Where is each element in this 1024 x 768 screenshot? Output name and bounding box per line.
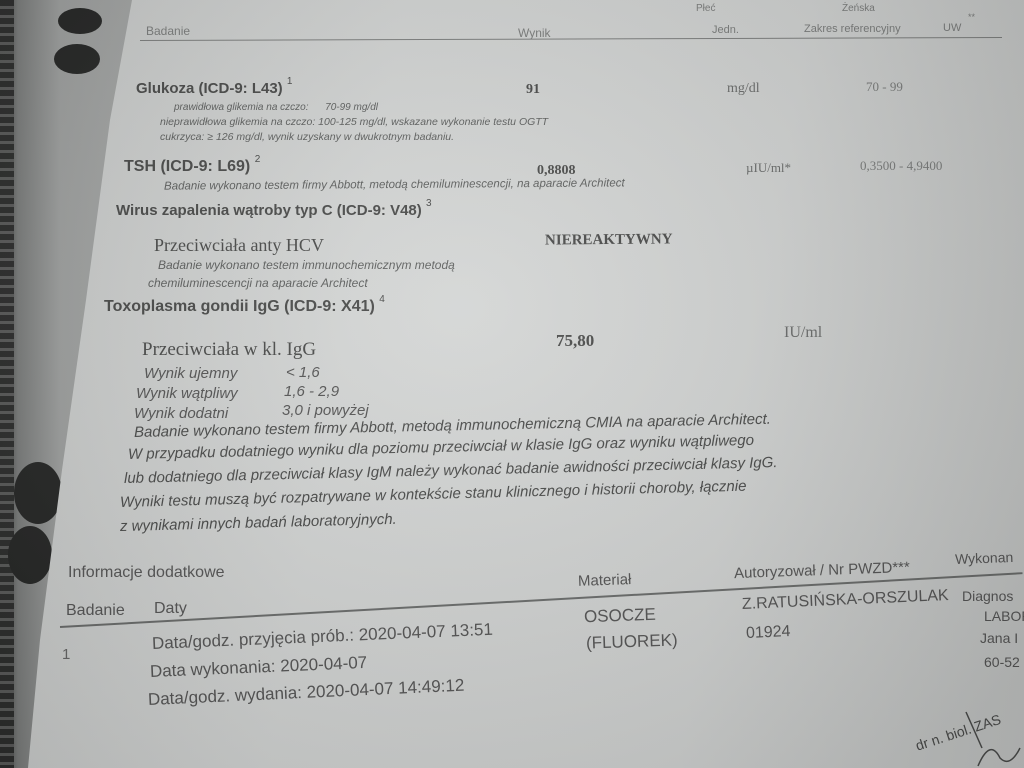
- column-performed: Wykonan: [955, 549, 1014, 567]
- glucose-note: prawidłowa glikemia na czczo: 70-99 mg/d…: [174, 102, 378, 113]
- result-tsh: 0,8808: [537, 163, 576, 179]
- interpretation-label: Wynik dodatni: [134, 405, 228, 422]
- footnote-number: 4: [379, 294, 385, 305]
- column-uw: UW: [943, 22, 961, 34]
- sex-label: Płeć: [696, 3, 715, 14]
- hcv-note: chemiluminescencji na aparacie Architect: [148, 276, 368, 290]
- glucose-note: nieprawidłowa glikemia na czczo: 100-125…: [160, 116, 548, 128]
- column-unit: Jedn.: [712, 24, 739, 36]
- additional-info-title: Informacje dodatkowe: [68, 564, 225, 582]
- column-uw-mark: **: [968, 12, 975, 22]
- interpretation-value: 3,0 i powyżej: [282, 402, 369, 419]
- unit-tsh: µIU/ml*: [746, 160, 791, 176]
- unit-glucose: mg/dl: [727, 81, 760, 97]
- column-material: Materiał: [578, 571, 632, 590]
- interpretation-label: Wynik ujemny: [144, 365, 237, 382]
- row-index: 1: [62, 646, 70, 663]
- range-glucose: 70 - 99: [866, 79, 903, 95]
- lab-line3: Jana I: [980, 630, 1018, 646]
- result-toxo: 75,80: [556, 331, 594, 351]
- interpretation-value: 1,6 - 2,9: [284, 383, 339, 400]
- sex-value: Żeńska: [842, 3, 875, 14]
- test-name-glucose: Glukoza (ICD-9: L43) 1: [136, 80, 292, 97]
- interpretation-value: < 1,6: [286, 364, 320, 381]
- test-name-tsh: TSH (ICD-9: L69) 2: [124, 158, 260, 176]
- toxo-note: z wynikami innych badań laboratoryjnych.: [120, 511, 397, 535]
- test-name-text: TSH (ICD-9: L69): [124, 158, 250, 175]
- binder-edge: [0, 0, 14, 768]
- lab-line4: 60-52: [984, 654, 1020, 670]
- authorizer-pwzd: 01924: [746, 623, 791, 643]
- material-line2: (FLUOREK): [586, 630, 678, 653]
- date-performed: Data wykonania: 2020-04-07: [150, 653, 368, 682]
- material-line1: OSOCZE: [584, 605, 656, 627]
- date-received: Data/godz. przyjęcia prób.: 2020-04-07 1…: [152, 620, 494, 654]
- subtest-hcv: Przeciwciała anty HCV: [154, 235, 324, 256]
- punch-hole: [8, 526, 52, 584]
- authorizer-name: Z.RATUSIŃSKA-ORSZULAK: [742, 587, 949, 614]
- subtest-toxo: Przeciwciała w kl. IgG: [142, 339, 316, 361]
- column-authorized: Autoryzował / Nr PWZD***: [734, 559, 910, 582]
- glucose-note: cukrzyca: ≥ 126 mg/dl, wynik uzyskany w …: [160, 131, 454, 143]
- punch-hole: [54, 44, 100, 74]
- punch-hole: [14, 462, 62, 524]
- column-test: Badanie: [146, 24, 190, 38]
- test-name-text: Toxoplasma gondii IgG (ICD-9: X41): [104, 298, 375, 315]
- signature-scribble-icon: [960, 708, 1024, 768]
- lab-result-sheet: Płeć Żeńska Badanie Wynik Jedn. Zakres r…: [0, 0, 1024, 768]
- footnote-number: 2: [255, 154, 261, 165]
- tsh-note: Badanie wykonano testem firmy Abbott, me…: [164, 177, 625, 192]
- test-name-toxo: Toxoplasma gondii IgG (ICD-9: X41) 4: [104, 298, 385, 316]
- range-tsh: 0,3500 - 4,9400: [860, 158, 942, 174]
- footnote-number: 1: [287, 76, 293, 87]
- result-glucose: 91: [526, 82, 540, 98]
- test-name-hcv: Wirus zapalenia wątroby typ C (ICD-9: V4…: [116, 202, 432, 219]
- footnote-number: 3: [426, 198, 432, 209]
- column-test-footer: Badanie: [66, 602, 125, 620]
- test-name-text: Glukoza (ICD-9: L43): [136, 80, 283, 97]
- test-name-text: Wirus zapalenia wątroby typ C (ICD-9: V4…: [116, 202, 422, 219]
- lab-line1: Diagnos: [962, 588, 1013, 604]
- unit-toxo: IU/ml: [784, 324, 822, 342]
- result-hcv: NIEREAKTYWNY: [545, 231, 673, 249]
- header-rule: [140, 37, 1002, 41]
- punch-hole: [58, 8, 102, 34]
- column-dates: Daty: [154, 600, 187, 618]
- date-issued: Data/godz. wydania: 2020-04-07 14:49:12: [148, 676, 465, 710]
- hcv-note: Badanie wykonano testem immunochemicznym…: [158, 258, 455, 272]
- interpretation-label: Wynik wątpliwy: [136, 385, 238, 402]
- lab-line2: LABOR: [984, 608, 1024, 624]
- column-range: Zakres referencyjny: [804, 23, 901, 35]
